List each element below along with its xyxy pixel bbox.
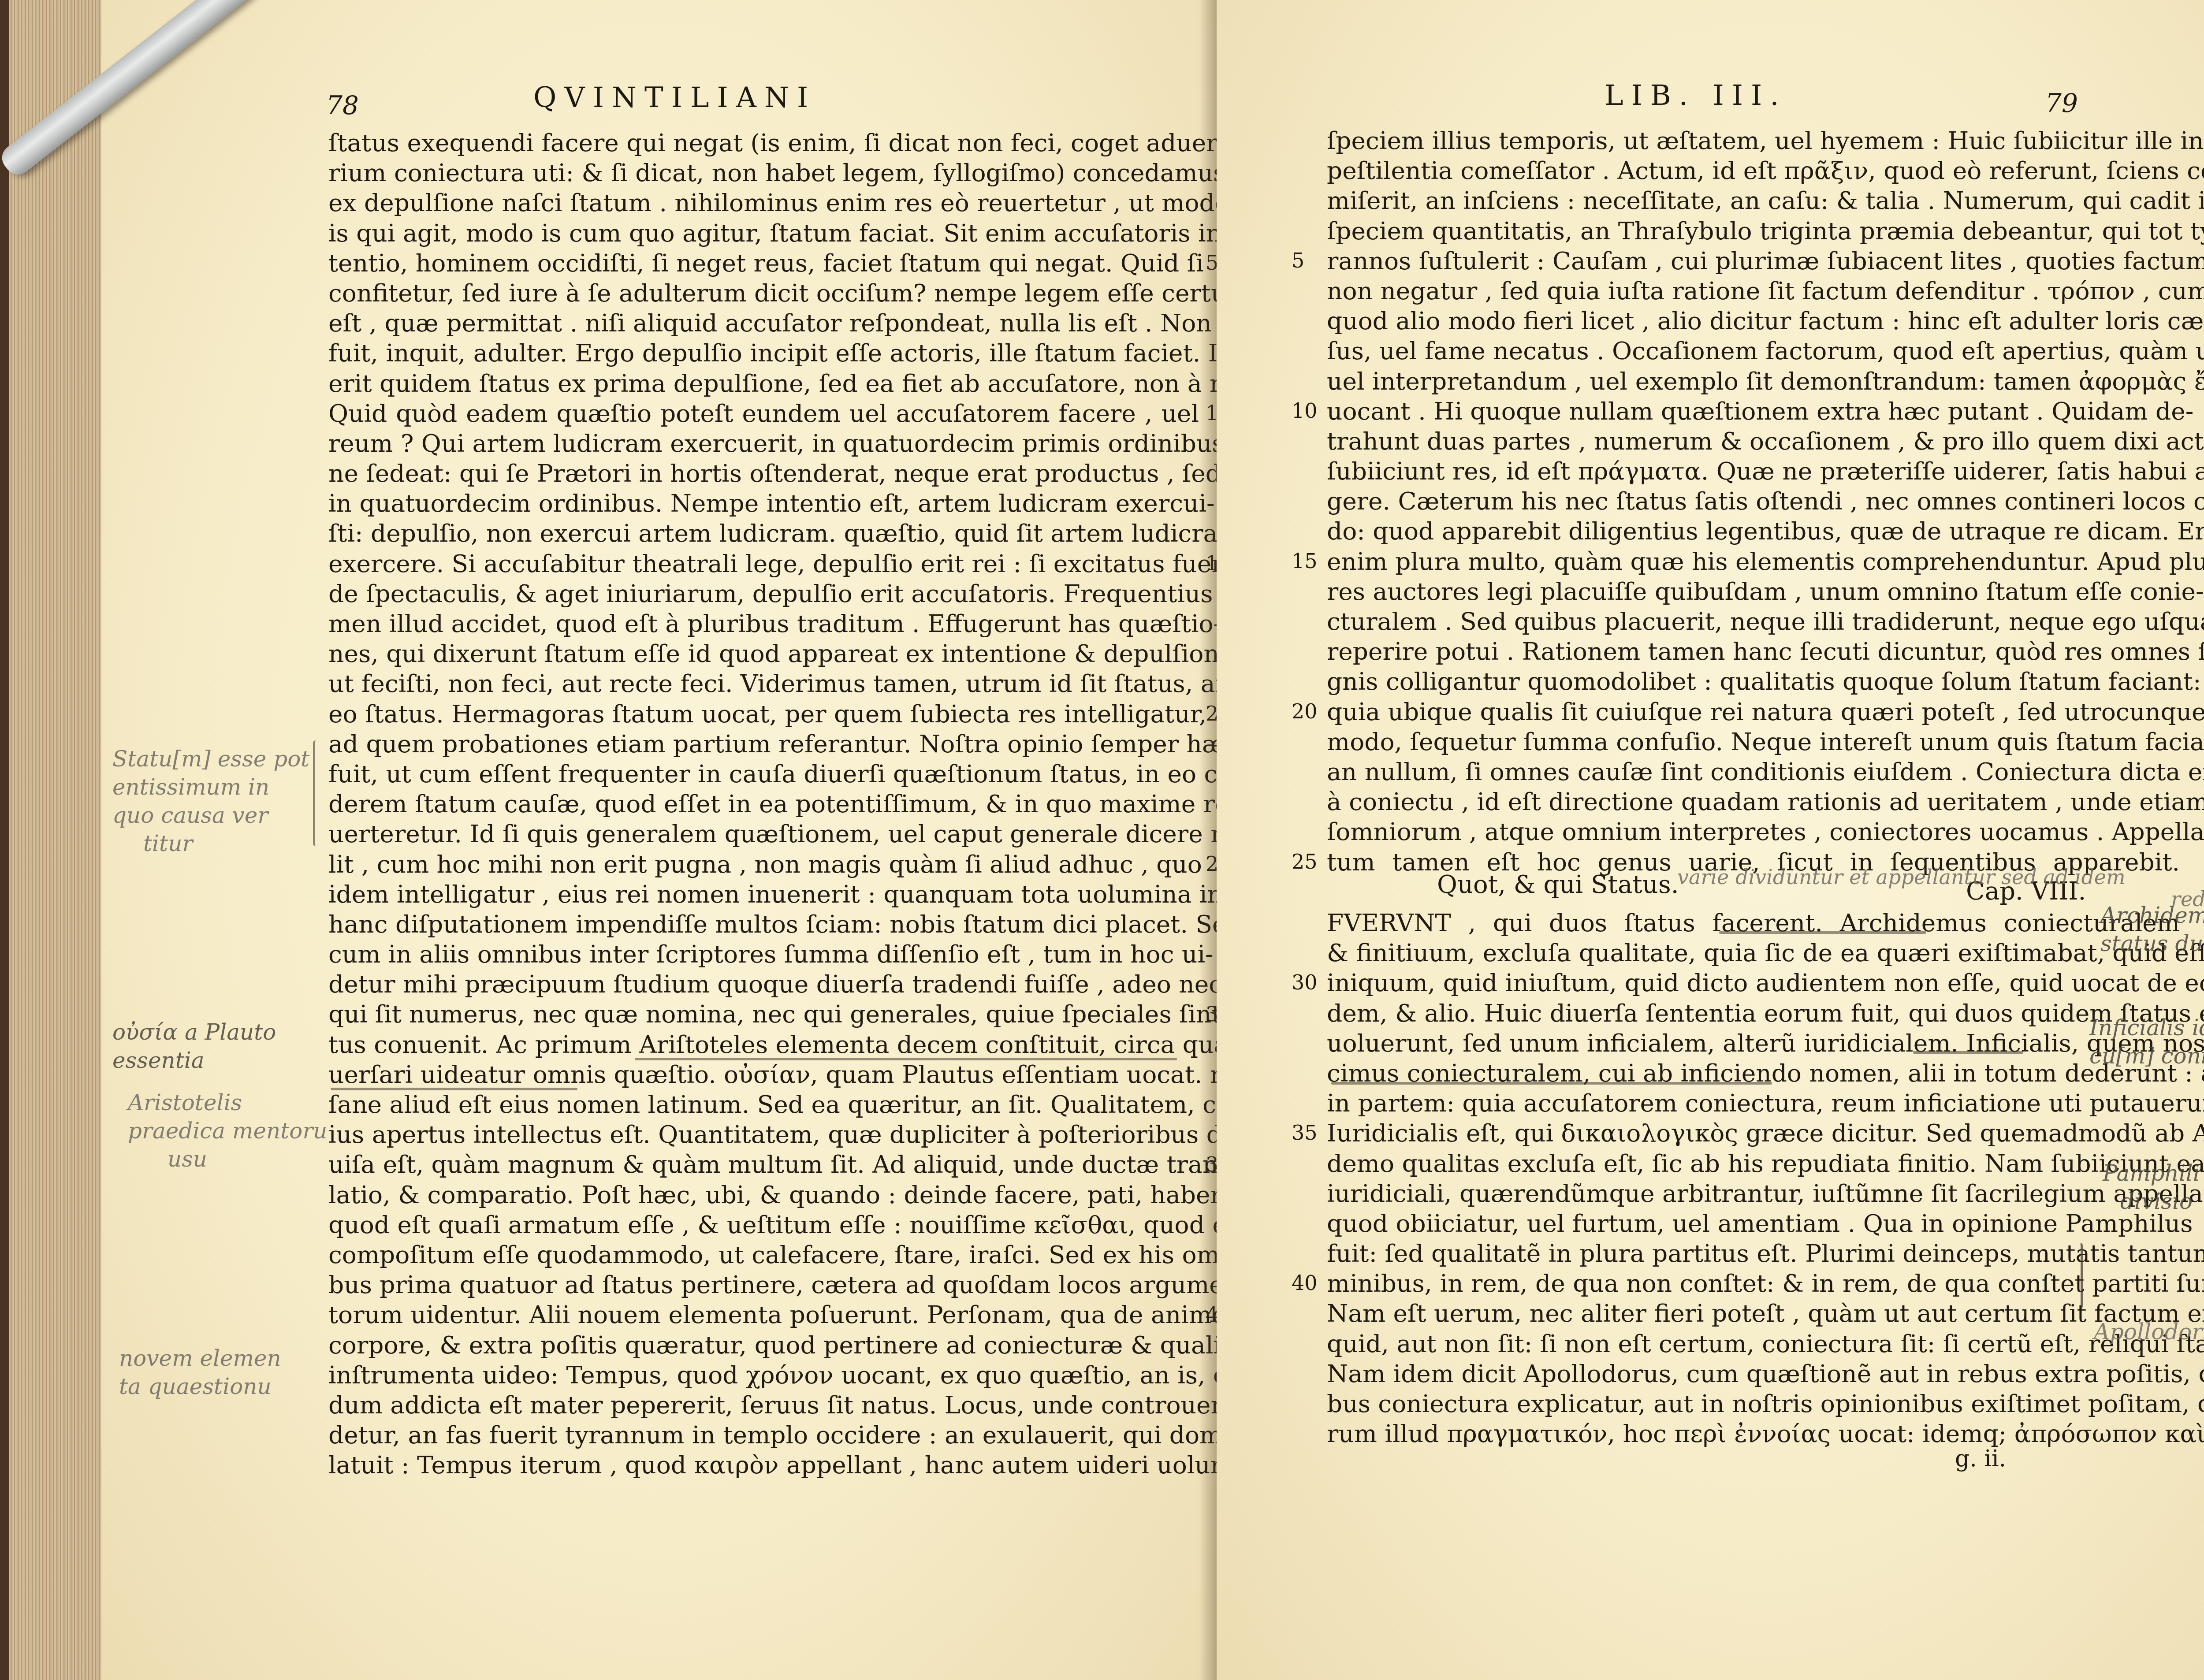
- text-line: gere. Cæterum his nec ſtatus ſatis oſten…: [1327, 486, 2180, 516]
- marginal-note-line: entissimum in: [112, 773, 309, 801]
- text-line: derem ſtatum cauſæ, quod eſſet in ea pot…: [328, 789, 1199, 819]
- page-edges-left: [9, 0, 106, 1680]
- text-line: uiſa eſt, quàm magnum & quàm multum ſit.…: [328, 1149, 1199, 1179]
- text-line: fuit, inquit, adulter. Ergo depulſio inc…: [328, 338, 1199, 368]
- text-line: quod alio modo fieri licet , alio dicitu…: [1327, 306, 2180, 336]
- marginal-note-line: Archidemi: [2100, 901, 2204, 929]
- text-line: ſubiiciunt res, id eſt πράγματα. Quæ ne …: [1327, 456, 2180, 486]
- text-line: ius apertus intellectus eſt. Quantitatem…: [328, 1119, 1199, 1149]
- body-text: ſtatus exequendi facere qui negat (is en…: [328, 128, 1199, 1480]
- text-line: fuit: ſed qualitatẽ in plura partitus eſ…: [1327, 1238, 2180, 1268]
- text-line: rum illud πραγματικόν, hoc περὶ ἐννοίας …: [1327, 1419, 2180, 1449]
- text-line: men illud accidet, quod eſt à pluribus t…: [328, 609, 1199, 639]
- text-line: non negatur , ſed quia iuſta ratione ſit…: [1327, 276, 2180, 306]
- text-line: demo qualitas excluſa eſt, ſic ab his re…: [1327, 1148, 2180, 1178]
- text-line: rium coniectura uti: & ſi dicat, non hab…: [328, 158, 1199, 188]
- marginal-note: novem elemen ta quaestionu: [119, 1344, 281, 1401]
- open-book: 78 QVINTILIANI ſtatus exequendi facere q…: [0, 0, 2204, 1680]
- right-page: LIB. III. 79 ſpeciem illius temporis, ut…: [1217, 0, 2204, 1680]
- body-text: ſpeciem illius temporis, ut æſtatem, uel…: [1327, 126, 2180, 877]
- marginal-note-line: οὐσία a Plauto: [112, 1018, 276, 1046]
- running-head: QVINTILIANI: [533, 82, 816, 114]
- marginal-note: Archidemi status duo: [2100, 901, 2204, 958]
- pencil-underline: [1913, 1051, 2023, 1054]
- text-line: detur, an fas fuerit tyrannum in templo …: [328, 1420, 1199, 1450]
- text-line: ſpeciem illius temporis, ut æſtatem, uel…: [1327, 126, 2180, 156]
- text-line: bus prima quatuor ad ſtatus pertinere, c…: [328, 1270, 1199, 1300]
- text-line: ſpeciem quantitatis, an Thraſybulo trigi…: [1327, 216, 2180, 246]
- text-line: ne ſedeat: qui ſe Prætori in hortis oſte…: [328, 458, 1199, 488]
- text-line: hanc diſputationem impendiſſe multos ſci…: [328, 909, 1199, 939]
- text-line: à coniectu , id eſt directione quadam ra…: [1327, 787, 2180, 817]
- marginal-note-line: usu: [128, 1145, 328, 1173]
- text-line: eſt , quæ permittat . niſi aliquid accuſ…: [328, 308, 1199, 338]
- text-line: dum addicta eſt mater pepererit, ſeruus …: [328, 1390, 1199, 1420]
- text-line: quod obiiciatur, uel furtum, uel amentia…: [1327, 1208, 2180, 1238]
- text-line: Quid quòd eadem quæſtio poteſt eundem ue…: [328, 398, 1199, 428]
- text-line: modo, ſequetur ſumma confuſio. Neque int…: [1327, 727, 2180, 757]
- text-line: cturalem . Sed quibus placuerit, neque i…: [1327, 606, 2180, 636]
- text-line: uel interpretandum , uel exemplo ſit dem…: [1327, 366, 2180, 396]
- text-line: uerteretur. Id ſi quis generalem quæſtio…: [328, 819, 1199, 849]
- line-number: 25: [1292, 850, 1318, 873]
- pencil-bracket: [313, 740, 320, 846]
- text-line: reum ? Qui artem ludicram exercuerit, in…: [328, 428, 1199, 458]
- text-line: quid, aut non ſit: ſi non eſt certum, co…: [1327, 1329, 2180, 1359]
- marginal-note-line: cu[m] coniecturali: [2089, 1042, 2204, 1070]
- marginal-note-line: divisio: [2103, 1187, 2200, 1215]
- text-line: exercere. Si accuſabitur theatrali lege,…: [328, 549, 1199, 579]
- chapter-title: Quot, & qui Status.: [1437, 870, 1679, 899]
- text-line: uoluerunt, ſed unum inficialem, alterũ i…: [1327, 1028, 2180, 1058]
- text-line: Iuridicialis eſt, qui δικαιολογικὸς græc…: [1327, 1118, 2180, 1148]
- marginal-note-line: Pamphili: [2103, 1159, 2200, 1187]
- text-line: & finitiuum, excluſa qualitate, quia ſic…: [1327, 938, 2180, 968]
- text-line: latuit : Tempus iterum , quod καιρὸν app…: [328, 1450, 1199, 1480]
- line-number: 35: [1292, 1121, 1318, 1145]
- text-line: cum in aliis omnibus inter ſcriptores ſu…: [328, 939, 1199, 969]
- marginal-note-line: Inficialis idem: [2089, 1014, 2204, 1042]
- pencil-underline: [635, 1058, 1177, 1060]
- text-line: tus conuenit. Ac primum Ariſtoteles elem…: [328, 1030, 1199, 1059]
- pencil-underline: [1331, 1082, 1772, 1085]
- text-line: idem intelligatur , eius rei nomen inuen…: [328, 879, 1199, 909]
- marginal-note-line: novem elemen: [119, 1344, 281, 1372]
- text-line: miſerit, an inſciens : neceſſitate, an c…: [1327, 186, 2180, 216]
- body-text: FVERVNT , qui duos ſtatus facerent. Arch…: [1327, 908, 2180, 1449]
- text-line: ſtatus exequendi facere qui negat (is en…: [328, 128, 1199, 158]
- pencil-underline: [1719, 931, 1926, 934]
- text-line: ſti: depulſio, non exercui artem ludicra…: [328, 518, 1199, 548]
- page-number: 79: [2045, 88, 2078, 118]
- page-number: 78: [326, 90, 359, 120]
- text-line: ſus, uel fame necatus . Occaſionem facto…: [1327, 336, 2180, 366]
- marginal-note-line: ta quaestionu: [119, 1372, 281, 1401]
- text-line: corpore, & extra poſitis quæratur, quod …: [328, 1330, 1199, 1360]
- text-line: uerſari uideatur omnis quæſtio. οὐσίαν, …: [328, 1059, 1199, 1089]
- text-line: latio, & comparatio. Poſt hæc, ubi, & qu…: [328, 1180, 1199, 1210]
- text-line: lit , cum hoc mihi non erit pugna , non …: [328, 849, 1199, 879]
- text-line: minibus, in rem, de qua non conſtet: & i…: [1327, 1268, 2180, 1298]
- marginal-note-line: status duo: [2100, 929, 2204, 958]
- text-line: ſomniorum , atque omnium interpretes , c…: [1327, 817, 2180, 847]
- text-line: inſtrumenta uideo: Tempus, quod χρόνον u…: [328, 1360, 1199, 1390]
- text-line: do: quod apparebit diligentius legentibu…: [1327, 516, 2180, 546]
- text-line: tentio, hominem occidiſti, ſi neget reus…: [328, 248, 1199, 278]
- marginal-note-line: varie dividuntur et appellantur sed ad i…: [1677, 866, 2204, 888]
- line-number: 15: [1292, 549, 1318, 573]
- marginal-note-line: essentia: [112, 1046, 276, 1074]
- text-line: ſane aliud eſt eius nomen latinum. Sed e…: [328, 1089, 1199, 1119]
- marginal-note-line: Aristotelis: [128, 1089, 328, 1117]
- signature-mark: g. ii.: [1955, 1446, 2006, 1472]
- line-number: 10: [1292, 399, 1318, 423]
- text-line: qui ſit numerus, nec quæ nomina, nec qui…: [328, 999, 1199, 1029]
- marginal-note: οὐσία a Plauto essentia: [112, 1018, 276, 1074]
- text-line: in partem: quia accuſatorem coniectura, …: [1327, 1088, 2180, 1118]
- pencil-underline: [331, 1088, 577, 1090]
- text-line: reperire potui . Rationem tamen hanc ſec…: [1327, 636, 2180, 666]
- text-line: detur mihi præcipuum ſtudium quoque diue…: [328, 969, 1199, 999]
- text-line: iniquum, quid iniuſtum, quid dicto audie…: [1327, 968, 2180, 998]
- line-number: 40: [1292, 1271, 1318, 1295]
- text-line: ex depulſione naſci ſtatum . nihilominus…: [328, 188, 1199, 218]
- marginal-note-line: titur: [112, 829, 309, 858]
- text-line: peſtilentia comeſſator . Actum, id eſt π…: [1327, 156, 2180, 186]
- marginal-note-line: praedica mentoru: [128, 1117, 328, 1145]
- text-line: rannos ſuſtulerit : Cauſam , cui plurimæ…: [1327, 246, 2180, 276]
- text-line: torum uidentur. Alii nouem elementa poſu…: [328, 1300, 1199, 1330]
- text-line: Nam idem dicit Apollodorus, cum quæſtion…: [1327, 1359, 2180, 1389]
- text-line: trahunt duas partes , numerum & occaſion…: [1327, 426, 2180, 456]
- line-number: 5: [1292, 249, 1304, 272]
- text-line: enim plura multo, quàm quæ his elementis…: [1327, 546, 2180, 576]
- text-line: de ſpectaculis, & aget iniuriarum, depul…: [328, 579, 1199, 609]
- text-line: erit quidem ſtatus ex prima depulſione, …: [328, 368, 1199, 398]
- text-line: confitetur, ſed iure à ſe adulterum dici…: [328, 278, 1199, 308]
- text-line: in quatuordecim ordinibus. Nempe intenti…: [328, 488, 1199, 518]
- text-line: bus coniectura explicatur, aut in noſtri…: [1327, 1389, 2180, 1419]
- text-line: nes, qui dixerunt ſtatum eſſe id quod ap…: [328, 639, 1199, 669]
- text-line: dem, & alio. Huic diuerſa ſententia eoru…: [1327, 998, 2180, 1028]
- text-line: uocant . Hi quoque nullam quæſtionem ext…: [1327, 396, 2180, 426]
- line-number: 20: [1292, 699, 1318, 723]
- running-head: LIB. III.: [1605, 79, 1787, 112]
- text-line: ut feciſti, non feci, aut recte feci. Vi…: [328, 669, 1199, 699]
- marginal-note: Statu[m] esse pot entissimum in quo caus…: [112, 745, 309, 858]
- text-line: is qui agit, modo is cum quo agitur, ſta…: [328, 218, 1199, 248]
- text-line: an nullum, ſi omnes cauſæ ſint condition…: [1327, 757, 2180, 787]
- text-line: ad quem probationes etiam partium refera…: [328, 729, 1199, 759]
- marginal-note: Inficialis idem cu[m] coniecturali: [2089, 1014, 2204, 1070]
- text-line: iuridiciali, quærendũmque arbitrantur, i…: [1327, 1178, 2180, 1208]
- marginal-note: Pamphili divisio: [2103, 1159, 2200, 1215]
- text-line: quod eſt quaſi armatum eſſe , & ueſtitum…: [328, 1210, 1199, 1240]
- text-line: fuit, ut cum eſſent frequenter in cauſa …: [328, 759, 1199, 789]
- marginal-note-line: Apollodori: [2094, 1318, 2204, 1346]
- marginal-note: Aristotelis praedica mentoru usu: [128, 1089, 328, 1173]
- text-line: gnis colligantur quomodolibet : qualitat…: [1327, 666, 2180, 696]
- marginal-note: Apollodori: [2094, 1318, 2204, 1346]
- marginal-note-line: Statu[m] esse pot: [112, 745, 309, 773]
- left-page: 78 QVINTILIANI ſtatus exequendi facere q…: [101, 0, 1217, 1680]
- marginal-note-line: quo causa ver: [112, 801, 309, 829]
- text-line: res auctores legi placuiſſe quibuſdam , …: [1327, 576, 2180, 606]
- pencil-bracket: [2076, 1243, 2083, 1309]
- text-line: compoſitum eſſe quodammodo, ut calefacer…: [328, 1240, 1199, 1270]
- line-number: 30: [1292, 970, 1318, 994]
- text-line: Nam eſt uerum, nec aliter fieri poteſt ,…: [1327, 1298, 2180, 1328]
- text-line: quia ubique qualis ſit cuiuſque rei natu…: [1327, 697, 2180, 727]
- text-line: eo ſtatus. Hermagoras ſtatum uocat, per …: [328, 699, 1199, 729]
